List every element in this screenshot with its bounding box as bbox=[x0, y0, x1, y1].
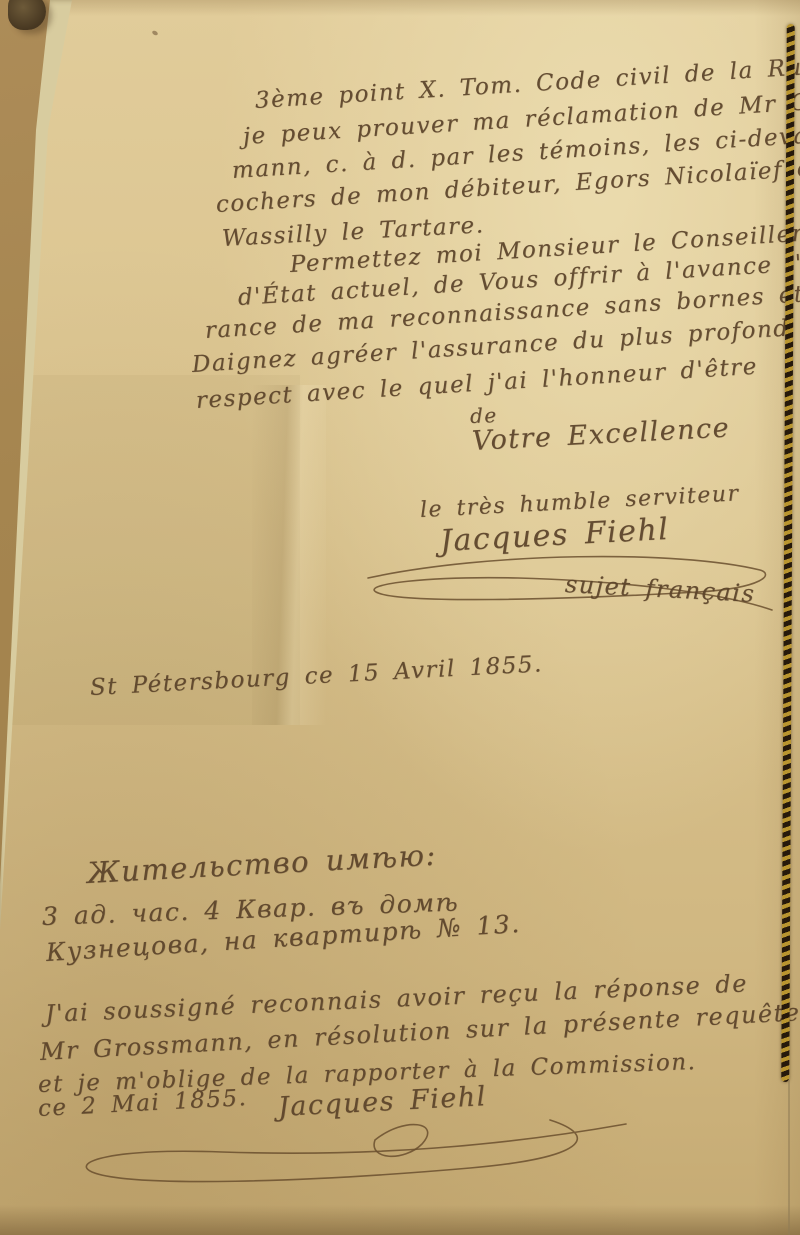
signature-note: sujet français bbox=[564, 570, 756, 608]
receipt-signature-flourish bbox=[70, 1108, 650, 1230]
page-bottom-shadow bbox=[0, 1205, 800, 1235]
manuscript-page: 3ème point X. Tom. Code civil de la Russ… bbox=[0, 0, 800, 1235]
address-heading: Жительство имѣю: bbox=[86, 838, 437, 890]
binding-clip bbox=[8, 0, 46, 30]
ink-speck bbox=[151, 30, 158, 36]
dateline: St Pétersbourg ce 15 Avril 1855. bbox=[89, 651, 543, 701]
photographed-manuscript: 3ème point X. Tom. Code civil de la Russ… bbox=[0, 0, 800, 1235]
valediction: Votre Excellence bbox=[471, 412, 731, 456]
binding-cord-tail bbox=[788, 1080, 790, 1235]
page-top-shadow bbox=[0, 0, 800, 16]
